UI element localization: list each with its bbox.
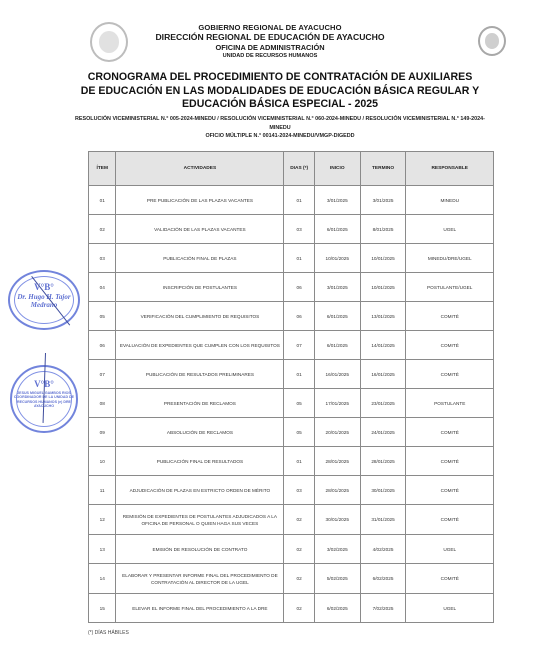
cell-activity: ABSOLUCIÓN DE RECLAMOS (116, 418, 284, 447)
cell-item: 02 (89, 215, 116, 244)
cell-responsible: POSTULANTE (406, 389, 494, 418)
cell-end: 10/01/2025 (360, 244, 406, 273)
cell-responsible: UGEL (406, 215, 494, 244)
cell-responsible: COMITÉ (406, 302, 494, 331)
cell-item: 14 (89, 564, 116, 594)
cell-activity: ELEVAR EL INFORME FINAL DEL PROCEDIMIENT… (116, 594, 284, 623)
cell-end: 3/01/2025 (360, 186, 406, 215)
cell-days: 03 (284, 215, 315, 244)
table-row: 05VERIFICACIÓN DEL CUMPLIMIENTO DE REQUI… (89, 302, 494, 331)
cell-start: 3/01/2025 (314, 273, 360, 302)
cell-start: 16/01/2025 (314, 360, 360, 389)
cell-start: 6/02/2025 (314, 594, 360, 623)
cell-item: 05 (89, 302, 116, 331)
column-header-item: ÍTEM (89, 152, 116, 186)
cell-start: 28/01/2025 (314, 476, 360, 505)
cell-responsible: COMITÉ (406, 505, 494, 535)
schedule-table: ÍTEM ACTIVIDADES DIAS (*) INICIO TERMINO… (88, 151, 494, 623)
cell-activity: PUBLICACIÓN FINAL DE RESULTADOS (116, 447, 284, 476)
cell-end: 4/02/2025 (360, 535, 406, 564)
table-row: 12REMISIÓN DE EXPEDIENTES DE POSTULANTES… (89, 505, 494, 535)
cell-activity: ADJUDICACIÓN DE PLAZAS EN ESTRICTO ORDEN… (116, 476, 284, 505)
cell-responsible: UGEL (406, 535, 494, 564)
table-row: 08PRESENTACIÓN DE RECLAMOS0517/01/202523… (89, 389, 494, 418)
cell-start: 6/01/2025 (314, 302, 360, 331)
cell-responsible: COMITÉ (406, 564, 494, 594)
resolutions-line: RESOLUCIÓN VICEMINISTERIAL N.° 005-2024-… (70, 115, 490, 132)
column-header-days: DIAS (*) (284, 152, 315, 186)
cell-item: 15 (89, 594, 116, 623)
cell-item: 08 (89, 389, 116, 418)
cell-end: 24/01/2025 (360, 418, 406, 447)
cell-end: 30/01/2025 (360, 476, 406, 505)
header-direction: DIRECCIÓN REGIONAL DE EDUCACIÓN DE AYACU… (0, 32, 540, 42)
cell-responsible: COMITÉ (406, 331, 494, 360)
cell-item: 12 (89, 505, 116, 535)
header-unit: UNIDAD DE RECURSOS HUMANOS (0, 53, 540, 59)
table-row: 01PRE PUBLICACIÓN DE LAS PLAZAS VACANTES… (89, 186, 494, 215)
cell-start: 5/02/2025 (314, 564, 360, 594)
cell-days: 06 (284, 302, 315, 331)
cell-activity: PUBLICACIÓN DE RESULTADOS PRELIMINARES (116, 360, 284, 389)
cell-responsible: POSTULANTE/UGEL (406, 273, 494, 302)
cell-end: 31/01/2025 (360, 505, 406, 535)
cell-days: 02 (284, 535, 315, 564)
header-office: OFICINA DE ADMINISTRACIÓN (0, 43, 540, 52)
cell-days: 01 (284, 244, 315, 273)
cell-activity: EMISIÓN DE RESOLUCIÓN DE CONTRATO (116, 535, 284, 564)
cell-item: 04 (89, 273, 116, 302)
table-header-row: ÍTEM ACTIVIDADES DIAS (*) INICIO TERMINO… (89, 152, 494, 186)
table-row: 06EVALUACIÓN DE EXPEDIENTES QUE CUMPLEN … (89, 331, 494, 360)
cell-responsible: COMITÉ (406, 360, 494, 389)
cell-start: 20/01/2025 (314, 418, 360, 447)
cell-days: 07 (284, 331, 315, 360)
cell-days: 05 (284, 389, 315, 418)
cell-activity: PRESENTACIÓN DE RECLAMOS (116, 389, 284, 418)
cell-days: 02 (284, 505, 315, 535)
cell-start: 6/01/2025 (314, 215, 360, 244)
cell-start: 10/01/2025 (314, 244, 360, 273)
column-header-start: INICIO (314, 152, 360, 186)
cell-start: 3/02/2025 (314, 535, 360, 564)
cell-days: 05 (284, 418, 315, 447)
table-row: 13EMISIÓN DE RESOLUCIÓN DE CONTRATO023/0… (89, 535, 494, 564)
cell-activity: INSCRIPCIÓN DE POSTULANTES (116, 273, 284, 302)
cell-activity: ELABORAR Y PRESENTAR INFORME FINAL DEL P… (116, 564, 284, 594)
cell-activity: REMISIÓN DE EXPEDIENTES DE POSTULANTES A… (116, 505, 284, 535)
column-header-end: TERMINO (360, 152, 406, 186)
table-row: 11ADJUDICACIÓN DE PLAZAS EN ESTRICTO ORD… (89, 476, 494, 505)
cell-item: 11 (89, 476, 116, 505)
cell-item: 09 (89, 418, 116, 447)
cell-activity: PRE PUBLICACIÓN DE LAS PLAZAS VACANTES (116, 186, 284, 215)
table-row: 02VALIDACIÓN DE LAS PLAZAS VACANTES036/0… (89, 215, 494, 244)
cell-activity: EVALUACIÓN DE EXPEDIENTES QUE CUMPLEN CO… (116, 331, 284, 360)
column-header-activities: ACTIVIDADES (116, 152, 284, 186)
approval-stamp-icon: V°B° JESUS MIGUEL GAMBOS RIOS COORDINADO… (10, 365, 78, 433)
cell-end: 13/01/2025 (360, 302, 406, 331)
cell-responsible: UGEL (406, 594, 494, 623)
cell-end: 28/01/2025 (360, 447, 406, 476)
footnote: (*) DÍAS HÁBILES (88, 630, 129, 636)
cell-end: 14/01/2025 (360, 331, 406, 360)
cell-end: 16/01/2025 (360, 360, 406, 389)
cell-item: 07 (89, 360, 116, 389)
cell-start: 30/01/2025 (314, 505, 360, 535)
table-row: 09ABSOLUCIÓN DE RECLAMOS0520/01/202524/0… (89, 418, 494, 447)
cell-activity: PUBLICACIÓN FINAL DE PLAZAS (116, 244, 284, 273)
cell-item: 06 (89, 331, 116, 360)
table-row: 14ELABORAR Y PRESENTAR INFORME FINAL DEL… (89, 564, 494, 594)
cell-end: 7/02/2025 (360, 594, 406, 623)
table-body: 01PRE PUBLICACIÓN DE LAS PLAZAS VACANTES… (89, 186, 494, 623)
document-title: CRONOGRAMA DEL PROCEDIMIENTO DE CONTRATA… (80, 71, 480, 112)
oficio-line: OFICIO MÚLTIPLE N.° 00141-2024-MINEDU/VM… (70, 132, 490, 141)
cell-end: 10/01/2025 (360, 273, 406, 302)
cell-end: 6/02/2025 (360, 564, 406, 594)
cell-end: 23/01/2025 (360, 389, 406, 418)
cell-responsible: COMITÉ (406, 476, 494, 505)
table-row: 04INSCRIPCIÓN DE POSTULANTES063/01/20251… (89, 273, 494, 302)
table-row: 03PUBLICACIÓN FINAL DE PLAZAS0110/01/202… (89, 244, 494, 273)
cell-days: 01 (284, 447, 315, 476)
table-row: 07PUBLICACIÓN DE RESULTADOS PRELIMINARES… (89, 360, 494, 389)
cell-start: 17/01/2025 (314, 389, 360, 418)
cell-days: 02 (284, 564, 315, 594)
cell-item: 03 (89, 244, 116, 273)
cell-end: 8/01/2025 (360, 215, 406, 244)
cell-days: 02 (284, 594, 315, 623)
table-row: 15ELEVAR EL INFORME FINAL DEL PROCEDIMIE… (89, 594, 494, 623)
cell-item: 13 (89, 535, 116, 564)
cell-start: 6/01/2025 (314, 331, 360, 360)
cell-responsible: COMITÉ (406, 418, 494, 447)
table-row: 10PUBLICACIÓN FINAL DE RESULTADOS0128/01… (89, 447, 494, 476)
cell-start: 3/01/2025 (314, 186, 360, 215)
cell-start: 28/01/2025 (314, 447, 360, 476)
cell-days: 06 (284, 273, 315, 302)
column-header-responsible: RESPONSABLE (406, 152, 494, 186)
cell-days: 01 (284, 186, 315, 215)
cell-activity: VALIDACIÓN DE LAS PLAZAS VACANTES (116, 215, 284, 244)
cell-days: 01 (284, 360, 315, 389)
cell-activity: VERIFICACIÓN DEL CUMPLIMIENTO DE REQUISI… (116, 302, 284, 331)
header-government: GOBIERNO REGIONAL DE AYACUCHO (0, 23, 540, 32)
cell-item: 01 (89, 186, 116, 215)
cell-days: 03 (284, 476, 315, 505)
cell-responsible: MINEDU (406, 186, 494, 215)
cell-item: 10 (89, 447, 116, 476)
approval-stamp-icon: V°B° Dr. Hugo H. Tajor Medrano (8, 270, 80, 330)
cell-responsible: MINEDU/DRE/UGEL (406, 244, 494, 273)
stamp-signer-text: Dr. Hugo H. Tajor Medrano (10, 293, 78, 309)
cell-responsible: COMITÉ (406, 447, 494, 476)
